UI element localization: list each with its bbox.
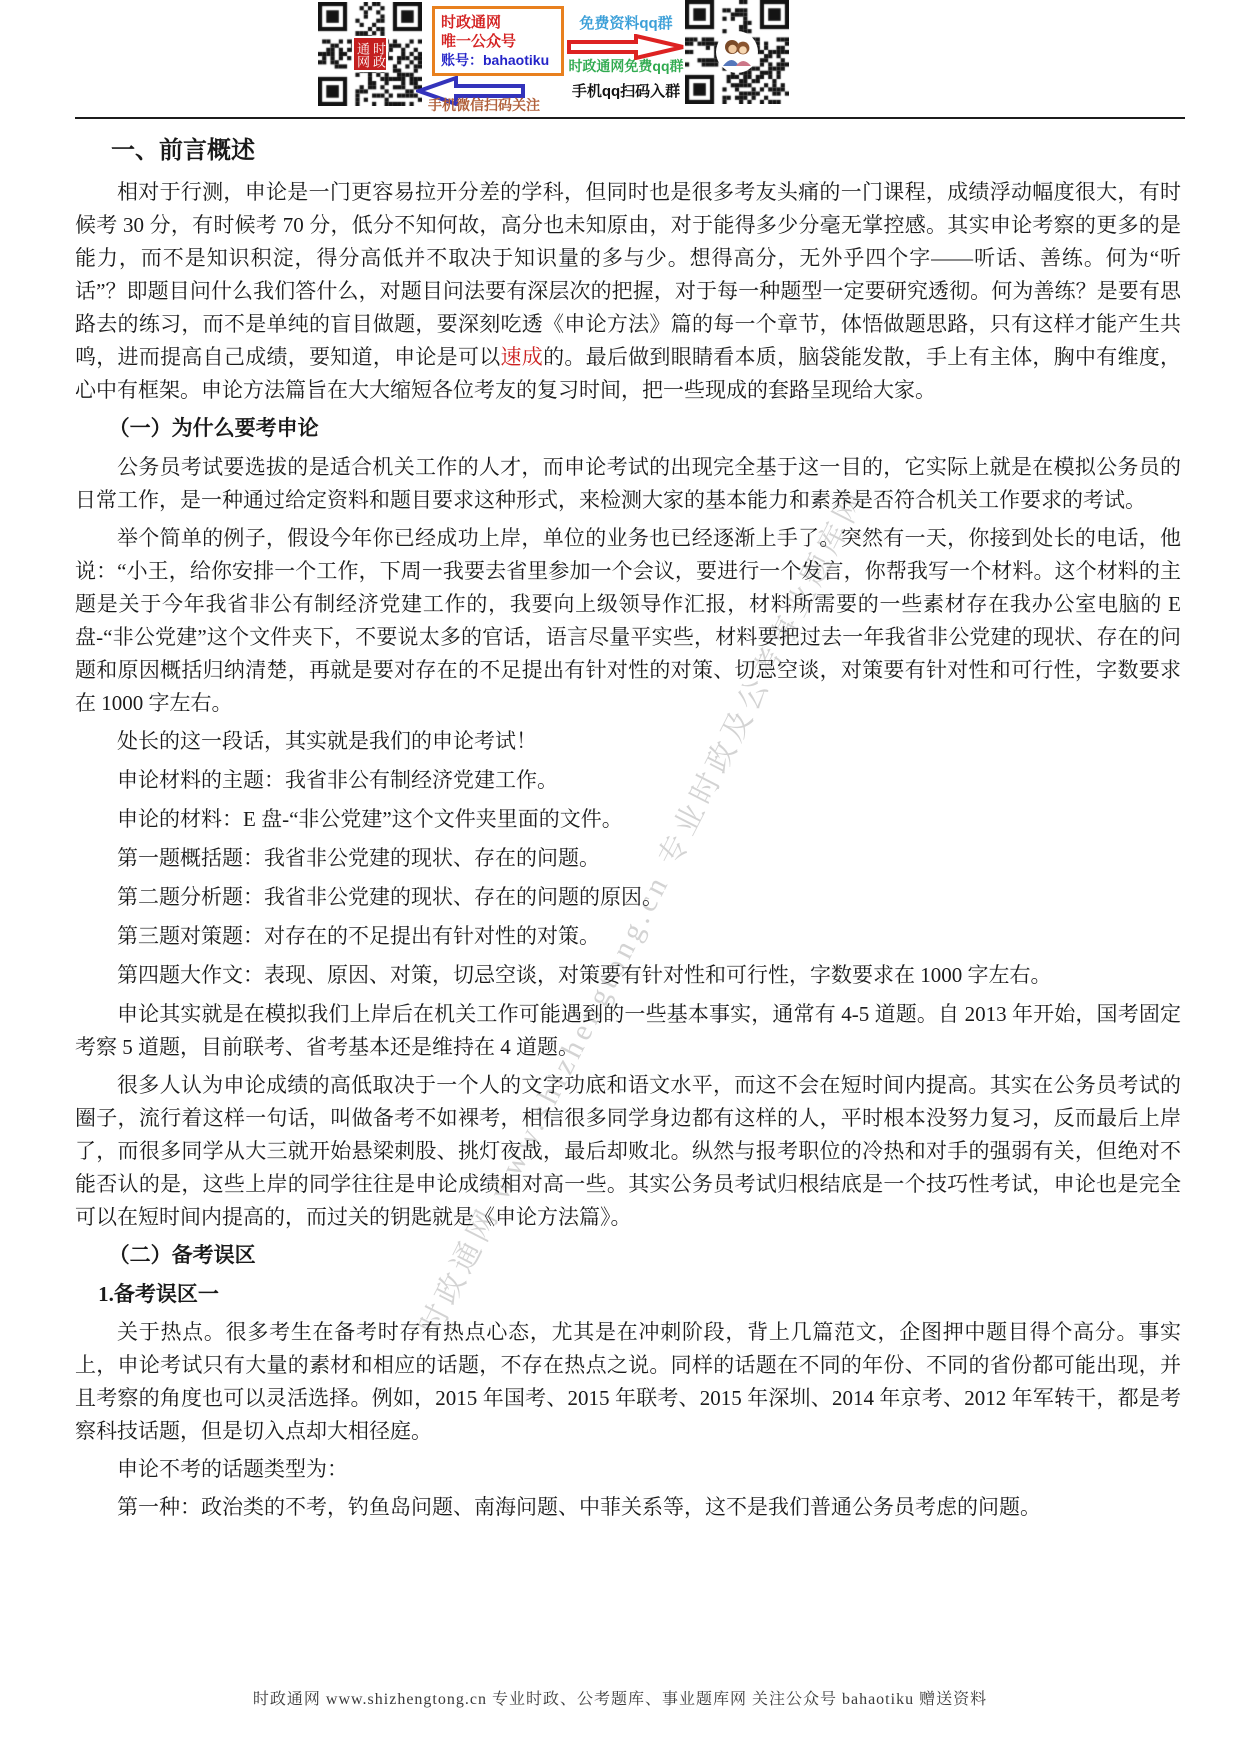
qr-center-logo: 时政通网 <box>352 36 388 72</box>
wechat-qr-code: 时政通网 <box>318 2 422 106</box>
qq-group-title: 免费资料qq群 <box>562 12 690 33</box>
couple-avatar-icon <box>716 31 758 73</box>
paragraph-excluded-political: 第一种：政治类的不考，钓鱼岛问题、南海问题、中菲关系等，这不是我们普通公务员考虑… <box>75 1491 1181 1524</box>
list-item: 申论材料的主题：我省非公有制经济党建工作。 <box>75 764 1181 797</box>
paragraph-director-words: 处长的这一段话，其实就是我们的申论考试！ <box>75 725 1181 758</box>
list-item: 第四题大作文：表现、原因、对策，切忌空谈，对策要有针对性和可行性，字数要求在 1… <box>75 959 1181 992</box>
list-item: 申论的材料：E 盘-“非公党建”这个文件夹里面的文件。 <box>75 803 1181 836</box>
paragraph-exam-purpose: 公务员考试要选拔的是适合机关工作的人才，而申论考试的出现完全基于这一目的，它实际… <box>75 451 1181 517</box>
paragraph-hot-topics: 关于热点。很多考生在备考时存有热点心态，尤其是在冲刺阶段，背上几篇范文，企图押中… <box>75 1316 1181 1448</box>
qq-scan-caption: 手机qq扫码入群 <box>562 80 690 101</box>
site-name: 时政通网 <box>441 13 555 32</box>
paragraph-question-count: 申论其实就是在模拟我们上岸后在机关工作可能遇到的一些基本事实，通常有 4-5 道… <box>75 998 1181 1064</box>
wechat-account-box: 时政通网 唯一公众号 账号：bahaotiku <box>432 6 564 76</box>
account-tagline: 唯一公众号 <box>441 32 555 51</box>
heading-misconception-one: 1.备考误区一 <box>75 1278 1181 1311</box>
list-item: 第三题对策题：对存在的不足提出有针对性的对策。 <box>75 920 1181 953</box>
header-divider <box>75 117 1185 119</box>
highlight-red-text: 速成 <box>501 345 544 369</box>
heading-why-shenlun: （一）为什么要考申论 <box>75 412 1181 445</box>
paragraph-intro: 相对于行测，申论是一门更容易拉开分差的学科，但同时也是很多考友头痛的一门课程，成… <box>75 176 1181 407</box>
paragraph-score-myth: 很多人认为申论成绩的高低取决于一个人的文字功底和语文水平，而这不会在短时间内提高… <box>75 1069 1181 1234</box>
list-item: 第二题分析题：我省非公党建的现状、存在的问题的原因。 <box>75 881 1181 914</box>
wechat-scan-caption: 手机微信扫码关注 <box>428 95 540 115</box>
qq-qr-code <box>685 0 789 104</box>
section-title: 一、前言概述 <box>75 134 1181 168</box>
page-header: 时政通网 时政通网 唯一公众号 账号：bahaotiku 手机微信扫码关注 免费… <box>0 0 1240 118</box>
qq-group-name: 时政通网免费qq群 <box>562 56 690 76</box>
paragraph-excluded-intro: 申论不考的话题类型为： <box>75 1453 1181 1486</box>
account-id: 账号：bahaotiku <box>441 51 555 70</box>
heading-misconceptions: （二）备考误区 <box>75 1239 1181 1272</box>
paragraph-example: 举个简单的例子，假设今年你已经成功上岸，单位的业务也已经逐渐上手了。突然有一天，… <box>75 522 1181 720</box>
document-body: 一、前言概述 相对于行测，申论是一门更容易拉开分差的学科，但同时也是很多考友头痛… <box>75 128 1181 1529</box>
list-item: 第一题概括题：我省非公党建的现状、存在的问题。 <box>75 842 1181 875</box>
page-footer: 时政通网 www.shizhengtong.cn 专业时政、公考题库、事业题库网… <box>0 1686 1240 1709</box>
